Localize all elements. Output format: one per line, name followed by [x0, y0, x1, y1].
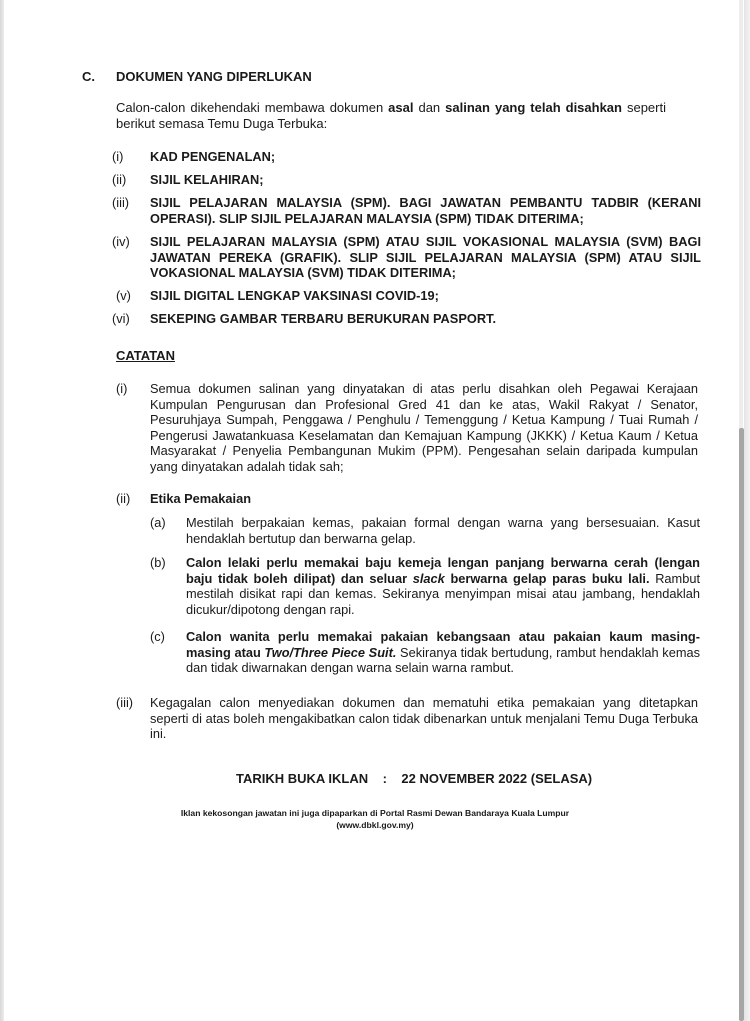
item-text: SIJIL DIGITAL LENGKAP VAKSINASI COVID-19…	[150, 288, 701, 304]
intro-bold-asal: asal	[388, 100, 413, 115]
item-number: (i)	[112, 149, 123, 165]
item-text: KAD PENGENALAN;	[150, 149, 701, 165]
catatan-heading: CATATAN	[116, 348, 175, 363]
section-number: C.	[82, 69, 95, 84]
sub-text: Calon wanita perlu memakai pakaian keban…	[186, 629, 700, 676]
portal-note: Iklan kekosongan jawatan ini juga dipapa…	[0, 807, 750, 831]
note-text: Semua dokumen salinan yang dinyatakan di…	[150, 381, 698, 474]
portal-website[interactable]: (www.dbkl.gov.my)	[0, 819, 750, 831]
section-title: DOKUMEN YANG DIPERLUKAN	[116, 69, 312, 84]
open-date-line: TARIKH BUKA IKLAN : 22 NOVEMBER 2022 (SE…	[236, 771, 592, 786]
note-title: Etika Pemakaian	[150, 491, 698, 507]
note-number: (ii)	[116, 491, 130, 507]
note-number: (iii)	[116, 695, 133, 711]
intro-text: Calon-calon dikehendaki membawa dokumen	[116, 100, 388, 115]
intro-bold-salinan: salinan yang telah disahkan	[445, 100, 622, 115]
sub-number: (b)	[150, 555, 166, 571]
sub-number: (a)	[150, 515, 166, 531]
sub-bold-italic: Two/Three Piece Suit.	[264, 645, 396, 660]
open-date-value: 22 NOVEMBER 2022 (SELASA)	[401, 771, 592, 786]
sub-text: Calon lelaki perlu memakai baju kemeja l…	[186, 555, 700, 617]
sub-bold-italic: slack	[413, 571, 445, 586]
item-number: (iii)	[112, 195, 129, 211]
intro-text: dan	[413, 100, 445, 115]
item-text: SIJIL PELAJARAN MALAYSIA (SPM). BAGI JAW…	[150, 195, 701, 226]
item-text: SIJIL KELAHIRAN;	[150, 172, 701, 188]
item-number: (iv)	[112, 234, 130, 250]
sub-text: Mestilah berpakaian kemas, pakaian forma…	[186, 515, 700, 546]
sub-number: (c)	[150, 629, 165, 645]
section-intro: Calon-calon dikehendaki membawa dokumen …	[116, 100, 666, 132]
open-date-separator: :	[383, 771, 387, 786]
note-number: (i)	[116, 381, 127, 397]
item-number: (v)	[116, 288, 131, 304]
sub-bold: berwarna gelap paras buku lali.	[445, 571, 650, 586]
item-text: SEKEPING GAMBAR TERBARU BERUKURAN PASPOR…	[150, 311, 701, 327]
open-date-label: TARIKH BUKA IKLAN	[236, 771, 368, 786]
document-page: C. DOKUMEN YANG DIPERLUKAN Calon-calon d…	[0, 0, 750, 1021]
note-text: Kegagalan calon menyediakan dokumen dan …	[150, 695, 698, 742]
portal-note-text: Iklan kekosongan jawatan ini juga dipapa…	[0, 807, 750, 819]
item-number: (vi)	[112, 311, 130, 327]
item-text: SIJIL PELAJARAN MALAYSIA (SPM) ATAU SIJI…	[150, 234, 701, 281]
item-number: (ii)	[112, 172, 126, 188]
